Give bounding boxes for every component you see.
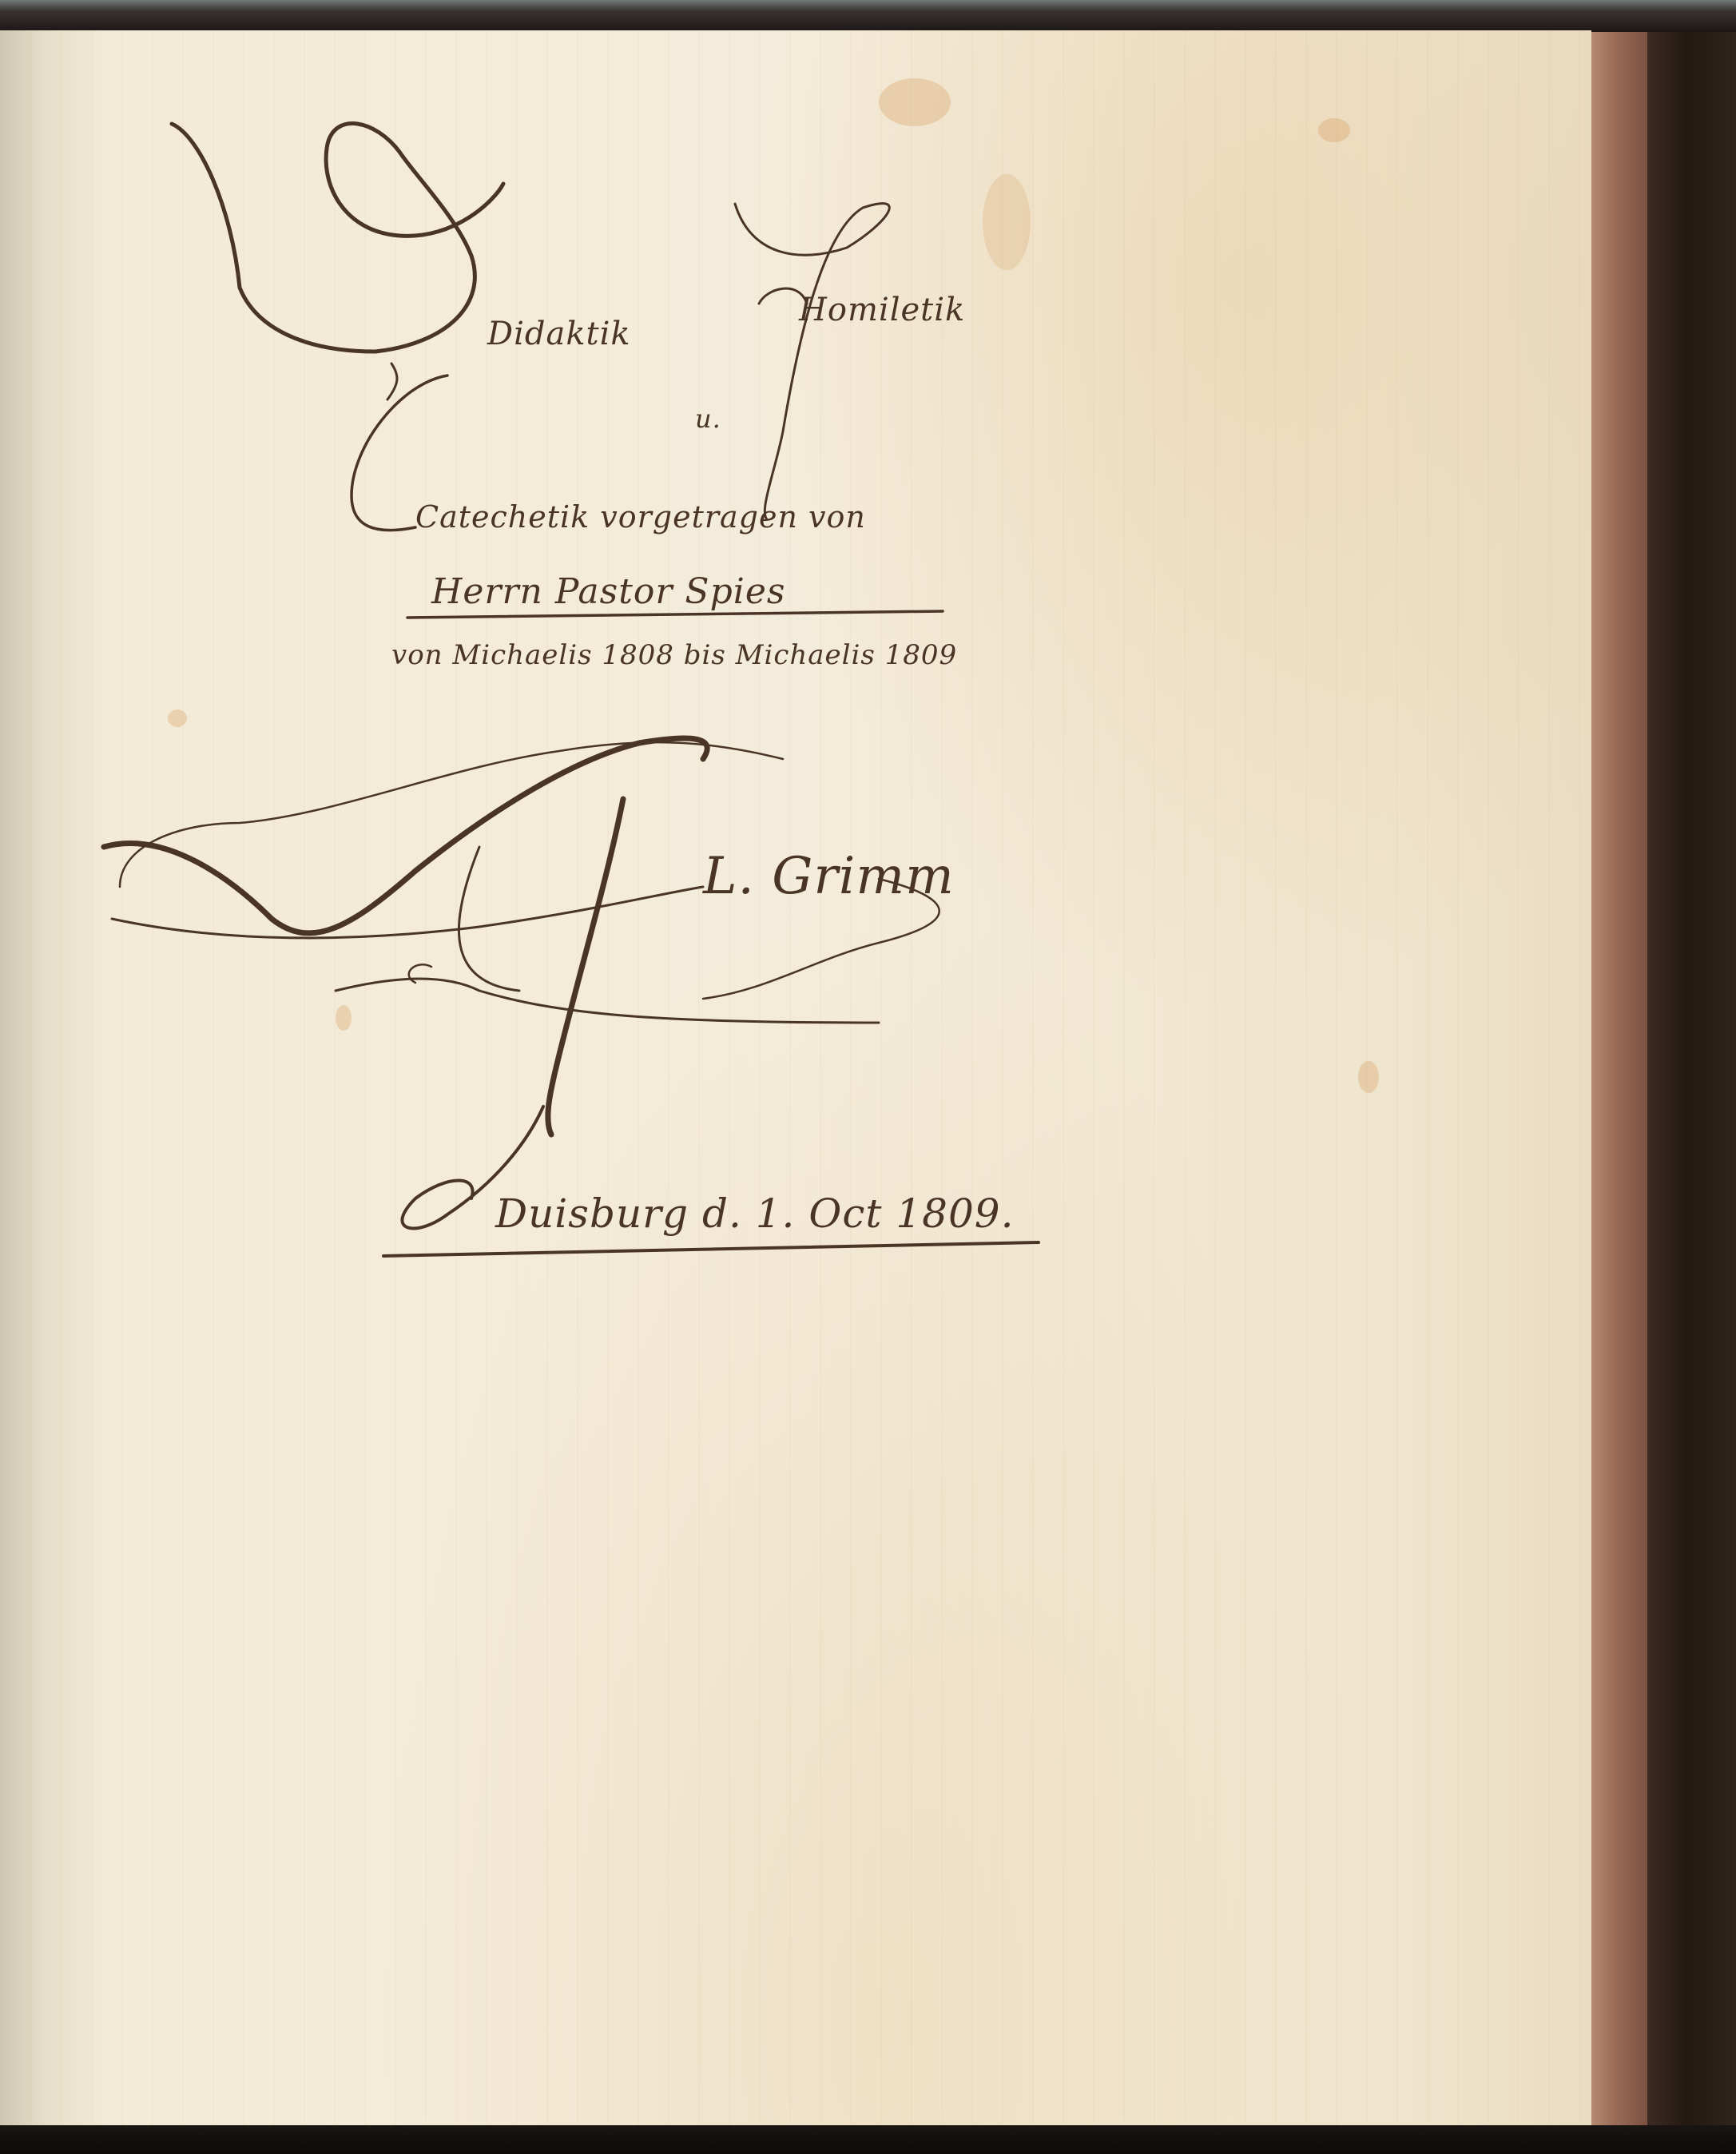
- manuscript-page: [0, 30, 1591, 2127]
- foxing-stain: [983, 174, 1031, 270]
- page-edge-binding: [1591, 32, 1647, 2125]
- title-word-didaktik: Didaktik: [487, 316, 631, 352]
- title-conjunction: u.: [695, 403, 721, 434]
- foxing-stain: [879, 78, 951, 126]
- place-and-date: Duisburg d. 1. Oct 1809.: [495, 1190, 1014, 1237]
- lecturer-name: Herrn Pastor Spies: [431, 571, 785, 612]
- signature: L. Grimm: [703, 847, 955, 906]
- lecture-period: von Michaelis 1808 bis Michaelis 1809: [391, 639, 957, 671]
- book-cover: [1647, 32, 1736, 2125]
- foxing-stain: [1358, 1061, 1379, 1093]
- scan-top-border: [0, 0, 1736, 32]
- foxing-stain: [168, 709, 187, 727]
- title-word-catechetik: Catechetik vorgetragen von: [415, 499, 866, 535]
- scan-bottom-border: [0, 2125, 1736, 2154]
- title-word-homiletik: Homiletik: [799, 292, 965, 328]
- foxing-stain: [336, 1005, 352, 1031]
- foxing-stain: [1318, 118, 1350, 142]
